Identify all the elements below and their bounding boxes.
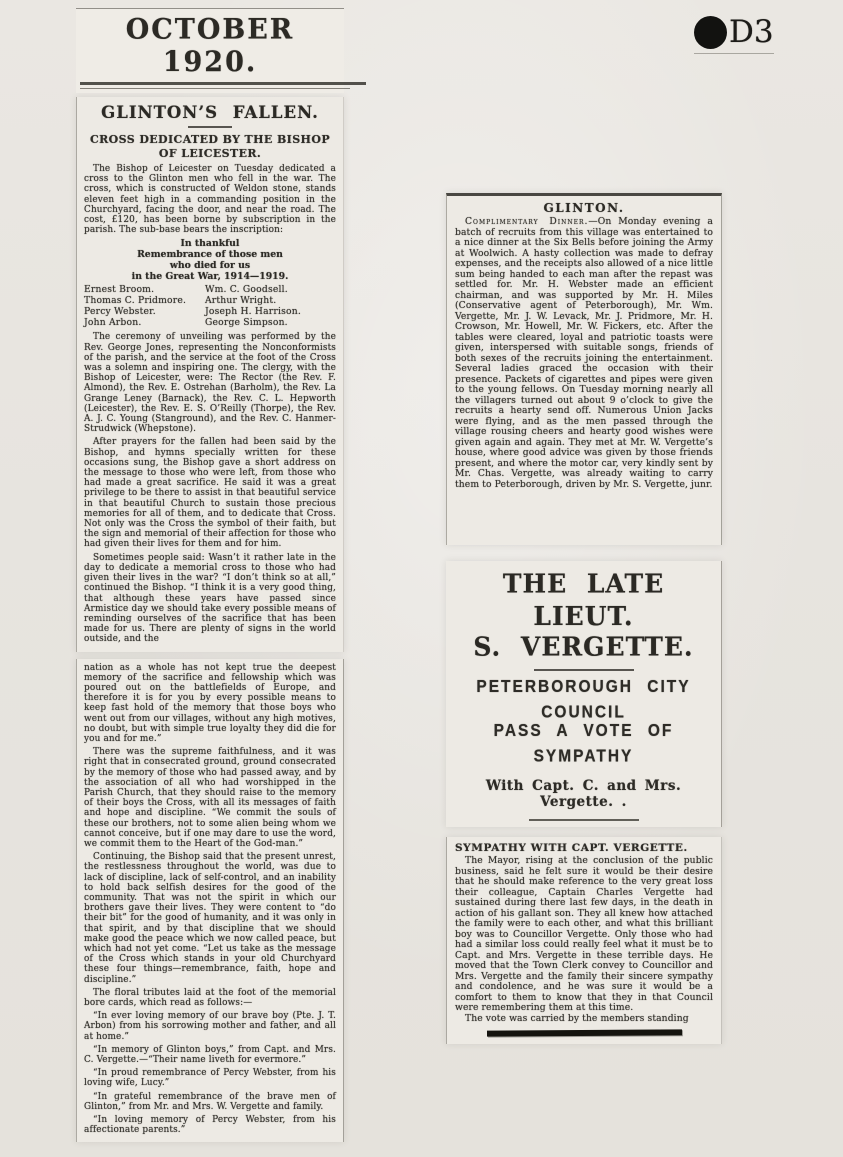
article-title: GLINTON. [455, 201, 713, 215]
masthead: OCTOBER 1920. [76, 8, 344, 93]
article-title: GLINTON’S FALLEN. [84, 103, 336, 122]
fallen-name: Joseph H. Harrison. [205, 306, 336, 317]
clipping-sympathy-vergette: SYMPATHY WITH CAPT. VERGETTE. The Mayor,… [446, 837, 722, 1044]
subhead-line: PASS A VOTE OF SYMPATHY [450, 719, 717, 770]
paragraph: nation as a whole has not kept true the … [84, 663, 336, 745]
left-column: OCTOBER 1920. GLINTON’S FALLEN. CROSS DE… [76, 8, 344, 1142]
fallen-name: Ernest Broom. [84, 284, 205, 295]
paragraph: The floral tributes laid at the foot of … [84, 988, 336, 1008]
paragraph: Complimentary Dinner.—On Monday evening … [455, 217, 713, 490]
fallen-names-list: Ernest Broom. Wm. C. Goodsell. Thomas C.… [84, 284, 336, 328]
paragraph: After prayers for the fallen had been sa… [84, 437, 336, 549]
ink-bar-divider [486, 1029, 681, 1036]
floral-tribute: “In memory of Glinton boys,” from Capt. … [84, 1045, 336, 1065]
inscription-line: Remembrance of those men [84, 249, 336, 260]
paragraph: There was the supreme faithfulness, and … [84, 747, 336, 849]
masthead-rule-heavy [80, 82, 366, 85]
headline-line: THE LATE LIEUT. [450, 567, 717, 632]
dedication-rule [529, 819, 639, 821]
masthead-date: OCTOBER 1920. [80, 13, 340, 78]
clipping-glintons-fallen-continued: nation as a whole has not kept true the … [76, 659, 344, 1143]
paragraph: The Mayor, rising at the conclusion of t… [455, 856, 713, 1014]
clipping-glinton-dinner: GLINTON. Complimentary Dinner.—On Monday… [446, 193, 722, 545]
inscription-line: In thankful [84, 238, 336, 249]
article-subtitle: CROSS DEDICATED BY THE BISHOP OF LEICEST… [84, 133, 336, 160]
floral-tribute: “In grateful remembrance of the brave me… [84, 1092, 336, 1112]
page-marker-label: D3 [729, 14, 774, 50]
clipping-late-lieut-headline: THE LATE LIEUT. S. VERGETTE. PETERBOROUG… [446, 561, 722, 827]
paragraph: Continuing, the Bishop said that the pre… [84, 852, 336, 985]
fallen-name: Wm. C. Goodsell. [205, 284, 336, 295]
inscription-line: who died for us [84, 260, 336, 271]
fallen-name: John Arbon. [84, 317, 205, 328]
clipping-glintons-fallen: GLINTON’S FALLEN. CROSS DEDICATED BY THE… [76, 97, 344, 652]
masthead-rule-thin [80, 88, 350, 89]
floral-tribute: “In loving memory of Percy Webster, from… [84, 1115, 336, 1135]
paragraph: The ceremony of unveiling was performed … [84, 332, 336, 434]
scrapbook-page: D3 OCTOBER 1920. GLINTON’S FALLEN. CROSS… [0, 0, 843, 1157]
article-body: —On Monday evening a batch of recruits f… [455, 216, 713, 490]
page-marker: D3 [694, 14, 774, 54]
article-title: SYMPATHY WITH CAPT. VERGETTE. [455, 842, 713, 854]
floral-tribute: “In proud remembrance of Percy Webster, … [84, 1068, 336, 1088]
fallen-name: Percy Webster. [84, 306, 205, 317]
right-column: GLINTON. Complimentary Dinner.—On Monday… [446, 193, 722, 1044]
memorial-inscription: In thankful Remembrance of those men who… [84, 238, 336, 282]
paragraph: The vote was carried by the members stan… [455, 1014, 713, 1025]
ink-dot-icon [694, 16, 727, 49]
paragraph: The Bishop of Leicester on Tuesday dedic… [84, 164, 336, 235]
paragraph: Sometimes people said: Wasn’t it rather … [84, 553, 336, 645]
headline-line: S. VERGETTE. [450, 630, 717, 663]
floral-tribute: “In ever loving memory of our brave boy … [84, 1011, 336, 1042]
dedication-line: With Capt. C. and Mrs. Vergette. . [450, 778, 717, 810]
headline-rule [534, 669, 634, 671]
article-lead: Complimentary Dinner. [465, 216, 588, 227]
fallen-name: Arthur Wright. [205, 295, 336, 306]
fallen-name: George Simpson. [205, 317, 336, 328]
inscription-line: in the Great War, 1914—1919. [84, 271, 336, 282]
fallen-name: Thomas C. Pridmore. [84, 295, 205, 306]
title-rule [188, 126, 232, 128]
